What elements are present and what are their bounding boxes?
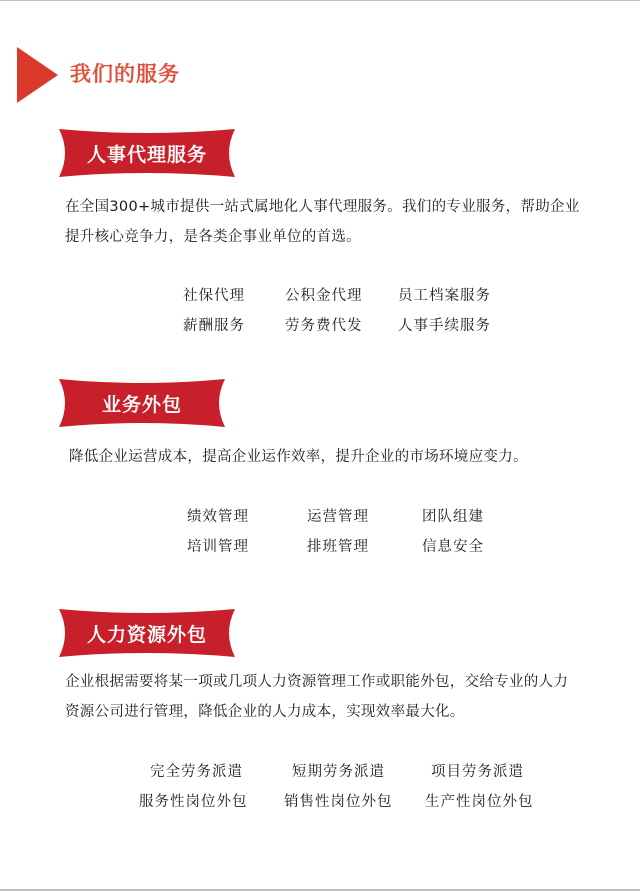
service-item: 销售性岗位外包 <box>284 787 393 817</box>
service-item: 完全劳务派遣 <box>150 757 243 787</box>
description-line: 提升核心竞争力，是各类企事业单位的首选。 <box>65 222 625 252</box>
service-item: 团队组建 <box>422 502 484 532</box>
section-banner-hr-outsourcing: 人力资源外包 <box>57 607 237 659</box>
service-item: 短期劳务派遣 <box>292 757 385 787</box>
service-item: 薪酬服务 <box>183 311 245 341</box>
section-banner-label: 业务外包 <box>57 377 227 429</box>
description-line: 资源公司进行管理，降低企业的人力成本，实现效率最大化。 <box>65 697 625 727</box>
section-banner-business-outsourcing: 业务外包 <box>57 377 227 429</box>
description-line: 在全国300+城市提供一站式属地化人事代理服务。我们的专业服务，帮助企业 <box>65 192 625 222</box>
top-divider <box>0 0 640 1</box>
service-item: 信息安全 <box>422 532 484 562</box>
section-description: 降低企业运营成本，提高企业运作效率，提升企业的市场环境应变力。 <box>69 442 629 472</box>
service-item: 项目劳务派遣 <box>431 757 524 787</box>
service-items-grid: 绩效管理 运营管理 团队组建 培训管理 排班管理 信息安全 <box>0 502 640 564</box>
section-banner-hr-agency: 人事代理服务 <box>57 127 237 179</box>
service-item: 生产性岗位外包 <box>425 787 534 817</box>
service-item: 公积金代理 <box>285 281 363 311</box>
service-items-grid: 完全劳务派遣 短期劳务派遣 项目劳务派遣 服务性岗位外包 销售性岗位外包 生产性… <box>0 757 640 819</box>
service-item: 培训管理 <box>187 532 249 562</box>
service-item: 运营管理 <box>307 502 369 532</box>
section-description: 企业根据需要将某一项或几项人力资源管理工作或职能外包，交给专业的人力 资源公司进… <box>65 667 625 727</box>
service-item: 人事手续服务 <box>398 311 491 341</box>
play-triangle-icon <box>17 47 58 103</box>
service-item: 劳务费代发 <box>285 311 363 341</box>
description-line: 降低企业运营成本，提高企业运作效率，提升企业的市场环境应变力。 <box>69 442 629 472</box>
service-item: 服务性岗位外包 <box>139 787 248 817</box>
service-item: 排班管理 <box>307 532 369 562</box>
section-description: 在全国300+城市提供一站式属地化人事代理服务。我们的专业服务，帮助企业 提升核… <box>65 192 625 252</box>
service-item: 社保代理 <box>183 281 245 311</box>
service-item: 员工档案服务 <box>398 281 491 311</box>
section-banner-label: 人力资源外包 <box>57 607 237 659</box>
description-line: 企业根据需要将某一项或几项人力资源管理工作或职能外包，交给专业的人力 <box>65 667 625 697</box>
service-item: 绩效管理 <box>187 502 249 532</box>
section-banner-label: 人事代理服务 <box>57 127 237 179</box>
page-title: 我们的服务 <box>70 60 180 88</box>
service-items-grid: 社保代理 公积金代理 员工档案服务 薪酬服务 劳务费代发 人事手续服务 <box>0 281 640 343</box>
